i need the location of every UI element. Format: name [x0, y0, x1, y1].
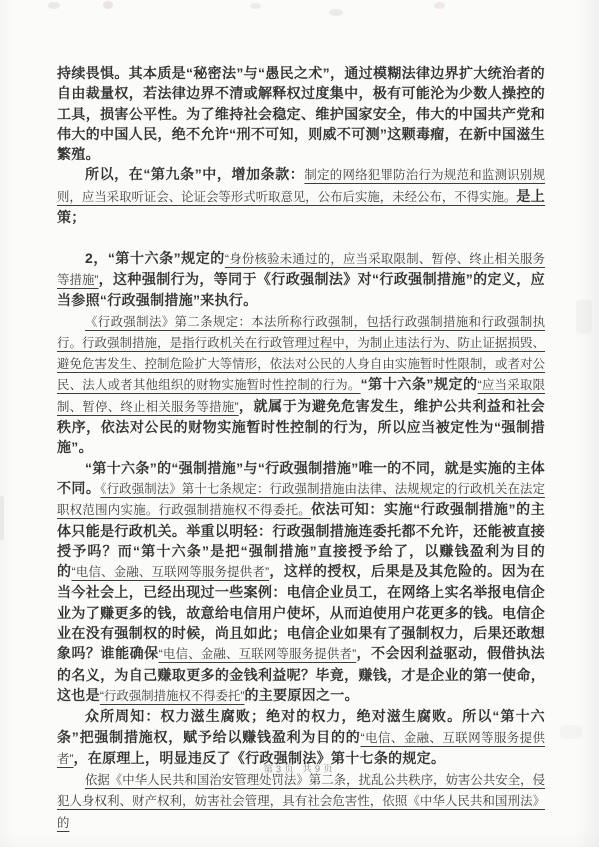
text-run: 的主要原因之一。 — [244, 687, 358, 703]
paragraph: “第十六条”的“强制措施”与“行政强制措施”唯一的不同，就是实施的主体不同。《行… — [57, 458, 545, 707]
text-run: 策； — [57, 209, 86, 225]
scan-artifact — [48, 2, 60, 9]
text-run: 2，“第十六条”规定的 — [85, 250, 225, 266]
text-run: ，这种强制行为，等同于《行政强制法》对“行政强制措施”的定义，应当参照“行政强制… — [57, 271, 545, 308]
scan-artifact — [329, 9, 343, 16]
scan-artifact — [576, 300, 592, 334]
text-run: “电信、金融、互联网等服务提供者” — [159, 647, 357, 661]
scanned-page: 持续畏惧。其本质是“秘密法”与“愚民之术”，通过模糊法律边界扩大统治者的自由裁量… — [0, 0, 599, 847]
paragraph: 所以，在“第九条”中，增加条款：制定的网络犯罪防治行为规范和监测识别规则，应当采… — [57, 164, 545, 227]
scan-artifact — [0, 496, 4, 540]
text-run: “电信、金融、互联网等服务提供者” — [72, 565, 270, 579]
document-body: 持续畏惧。其本质是“秘密法”与“愚民之术”，通过模糊法律边界扩大统治者的自由裁量… — [57, 63, 545, 833]
paragraph: 持续畏惧。其本质是“秘密法”与“愚民之术”，通过模糊法律边界扩大统治者的自由裁量… — [57, 63, 545, 164]
scan-artifact — [560, 725, 582, 739]
scan-artifact — [103, 1, 113, 9]
paragraph: 《行政强制法》第二条规定：本法所称行政强制，包括行政强制措施和行政强制执行。行政… — [57, 311, 545, 458]
text-run: 持续畏惧。其本质是“秘密法”与“愚民之术”，通过模糊法律边界扩大统治者的自由裁量… — [57, 65, 545, 162]
scan-artifact — [434, 2, 445, 9]
paragraph: 依据《中华人民共和国治安管理处罚法》第二条，扰乱公共秩序，妨害公共安全，侵犯人身… — [57, 769, 545, 833]
text-run: “第十六条”规定的 — [361, 376, 478, 392]
text-run: 依据《中华人民共和国治安管理处罚法》第二条，扰乱公共秩序，妨害公共安全，侵犯人身… — [57, 773, 545, 830]
text-run: 是上 — [516, 188, 545, 204]
text-run: “行政强制措施权不得委托” — [100, 689, 245, 703]
scan-artifact — [250, 3, 261, 9]
paragraph: 2，“第十六条”规定的“身份核验未通过的，应当采取限制、暂停、终止相关服务等措施… — [57, 248, 545, 311]
text-run: 所以，在“第九条”中，增加条款： — [85, 166, 304, 182]
